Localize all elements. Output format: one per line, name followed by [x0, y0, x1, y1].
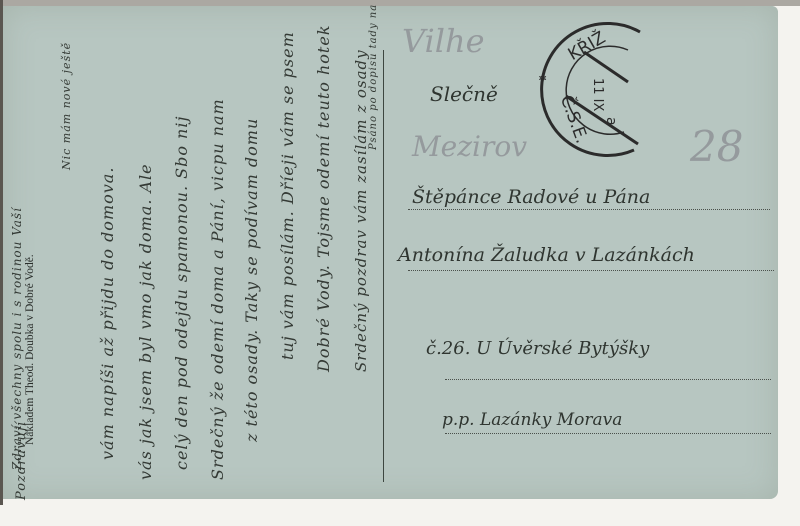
postmark-date: 11 IX: [590, 78, 605, 112]
scan-left-edge: [0, 0, 3, 505]
pencil-note-middle: Mezirov: [412, 130, 527, 163]
pencil-note-top: Vilhe: [402, 22, 485, 60]
message-line: z této osady. Taky se podívam domu: [242, 118, 261, 442]
postmark-letter: a: [603, 117, 619, 126]
message-line: Srdečný že odemí doma a Pání, vicpu nam: [208, 98, 227, 480]
address-dotted-line-4: [445, 433, 771, 434]
address-line-2: Antonína Žaludka v Lazánkách: [398, 244, 695, 266]
message-line: celý den pod odejdu spamonou. Sbo nij: [172, 116, 191, 470]
message-line: tuj vám posílám. Dříeji vám se psem: [278, 31, 297, 360]
address-line-4: p.p. Lazánky Morava: [442, 410, 622, 430]
message-line: vás jak jsem byl vmo jak doma. Ale: [136, 163, 155, 480]
message-line: vám napíši až přijdu do domova.: [98, 167, 117, 460]
address-salutation: Slečně: [430, 82, 498, 106]
postmark-town: KŘIŽ: [564, 26, 609, 65]
postcard-divider-line: [383, 50, 384, 482]
address-line-1: Štěpánce Radové u Pána: [412, 186, 650, 208]
address-dotted-line-2: [408, 270, 774, 271]
pencil-note-right: 28: [690, 122, 743, 171]
publisher-imprint: Nákladem Theod. Doubka v Dobré Vodě.: [24, 254, 36, 445]
address-line-3: č.26. U Úvěrské Bytýšky: [426, 338, 649, 359]
svg-text:✡: ✡: [538, 72, 547, 85]
address-dotted-line-1: [408, 209, 770, 210]
margin-note: Psáno po dopisu tady na lizce s vidoucí …: [368, 0, 379, 150]
postmark-stamp: KŘIŽ 11 IX a Č.S.E. ✡: [528, 10, 664, 158]
message-line: Dobré Vody. Tojsme odemí teuto hotek: [314, 24, 333, 372]
address-dotted-line-3: [445, 379, 771, 380]
message-line: Nic mám nové ještě: [60, 42, 73, 170]
